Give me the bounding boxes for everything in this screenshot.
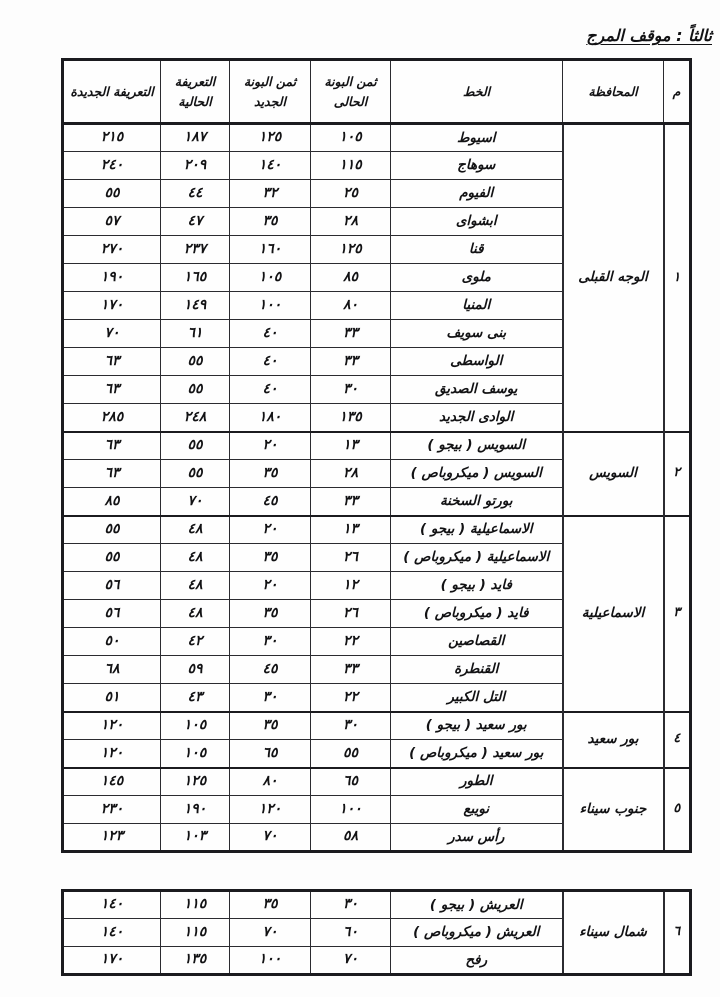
table-row: ٥جنوب سيناءالطور٦٥٨٠١٢٥١٤٥ [63,768,691,796]
cell-coupon-current: ٢٥ [311,180,391,208]
cell-coupon-new: ٢٠ [230,572,311,600]
cell-tariff-current: ٥٥ [161,348,230,376]
table-row: ٤بور سعيدبور سعيد ( بيجو )٣٠٣٥١٠٥١٢٠ [63,712,691,740]
cell-coupon-new: ١٤٠ [230,152,311,180]
cell-coupon-current: ٣٠ [311,376,391,404]
cell-tariff-current: ١٣٥ [161,947,230,975]
cell-governorate: الوجه القبلى [563,124,664,432]
cell-section-number: ٣ [664,516,691,712]
cell-tariff-new: ١٩٠ [63,264,161,292]
cell-coupon-new: ١٠٥ [230,264,311,292]
header-row: مالمحافظةالخطثمن البونة الحالىثمن البونة… [63,60,691,124]
cell-tariff-current: ٤٨ [161,600,230,628]
cell-tariff-new: ٢٧٠ [63,236,161,264]
cell-tariff-current: ٢٤٨ [161,404,230,432]
cell-tariff-new: ١٢٠ [63,740,161,768]
cell-line: القنطرة [391,656,563,684]
cell-coupon-new: ٢٠ [230,432,311,460]
cell-tariff-new: ٧٠ [63,320,161,348]
cell-tariff-current: ٤٤ [161,180,230,208]
cell-governorate: شمال سيناء [563,891,664,975]
cell-line: ملوى [391,264,563,292]
cell-coupon-current: ٢٦ [311,544,391,572]
cell-tariff-current: ١٤٩ [161,292,230,320]
cell-coupon-current: ٢٢ [311,684,391,712]
cell-tariff-current: ٥٥ [161,432,230,460]
cell-coupon-current: ١٢ [311,572,391,600]
cell-coupon-current: ٣٣ [311,320,391,348]
cell-tariff-current: ٤٣ [161,684,230,712]
cell-coupon-current: ١٢٥ [311,236,391,264]
cell-tariff-current: ١٠٥ [161,740,230,768]
cell-coupon-new: ١٢٥ [230,124,311,152]
cell-tariff-new: ٥١ [63,684,161,712]
document-page: ثالثاً : موقف المرج مالمحافظةالخطثمن الب… [0,0,720,997]
cell-section-number: ٦ [664,891,691,975]
cell-line: العريش ( ميكروباص ) [391,919,563,947]
cell-line: سوهاج [391,152,563,180]
cell-coupon-current: ١٣ [311,432,391,460]
cell-coupon-new: ١٠٠ [230,947,311,975]
cell-line: نويبع [391,796,563,824]
cell-coupon-current: ٢٨ [311,208,391,236]
cell-tariff-current: ١٠٣ [161,824,230,852]
cell-coupon-current: ٣٠ [311,712,391,740]
cell-tariff-new: ٥٠ [63,628,161,656]
cell-coupon-current: ٣٣ [311,348,391,376]
cell-governorate: جنوب سيناء [563,768,664,852]
cell-tariff-current: ٥٥ [161,376,230,404]
cell-tariff-current: ١١٥ [161,891,230,919]
cell-coupon-new: ٤٥ [230,488,311,516]
cell-line: فايد ( ميكروباص ) [391,600,563,628]
table-row: ١الوجه القبلىاسيوط١٠٥١٢٥١٨٧٢١٥ [63,124,691,152]
cell-tariff-current: ١٩٠ [161,796,230,824]
cell-tariff-new: ١٢٠ [63,712,161,740]
cell-section-number: ٢ [664,432,691,516]
cell-coupon-current: ٧٠ [311,947,391,975]
cell-tariff-new: ١٧٠ [63,947,161,975]
cell-tariff-current: ٤٨ [161,516,230,544]
page-title: ثالثاً : موقف المرج [586,26,712,45]
cell-section-number: ٤ [664,712,691,768]
cell-line: بور سعيد ( ميكروباص ) [391,740,563,768]
cell-tariff-current: ٢٣٧ [161,236,230,264]
cell-coupon-current: ١٠٥ [311,124,391,152]
cell-tariff-new: ٢٣٠ [63,796,161,824]
cell-tariff-current: ١٦٥ [161,264,230,292]
cell-tariff-new: ٢٨٥ [63,404,161,432]
cell-tariff-new: ٥٦ [63,600,161,628]
cell-line: الفيوم [391,180,563,208]
cell-coupon-new: ٢٠ [230,516,311,544]
cell-coupon-new: ١٦٠ [230,236,311,264]
fares-table: مالمحافظةالخطثمن البونة الحالىثمن البونة… [61,58,692,853]
cell-tariff-current: ٤٢ [161,628,230,656]
cell-tariff-new: ٥٦ [63,572,161,600]
cell-coupon-new: ٦٥ [230,740,311,768]
cell-tariff-new: ١٢٣ [63,824,161,852]
cell-tariff-new: ٥٧ [63,208,161,236]
cell-line: رفح [391,947,563,975]
cell-coupon-new: ٣٠ [230,684,311,712]
fares-table-main: مالمحافظةالخطثمن البونة الحالىثمن البونة… [61,58,692,853]
cell-line: السويس ( بيجو ) [391,432,563,460]
column-header-tariff-current: التعريفة الحالية [161,60,230,124]
cell-tariff-new: ٥٥ [63,544,161,572]
column-header-coupon-current: ثمن البونة الحالى [311,60,391,124]
cell-tariff-new: ١٤٥ [63,768,161,796]
cell-coupon-new: ٤٠ [230,320,311,348]
cell-tariff-current: ٤٨ [161,572,230,600]
cell-tariff-current: ٥٥ [161,460,230,488]
cell-coupon-current: ٥٥ [311,740,391,768]
cell-line: الاسماعيلية ( ميكروباص ) [391,544,563,572]
cell-line: المنيا [391,292,563,320]
cell-governorate: بور سعيد [563,712,664,768]
cell-tariff-new: ٢٤٠ [63,152,161,180]
cell-coupon-current: ١٣ [311,516,391,544]
cell-coupon-new: ٤٠ [230,376,311,404]
cell-line: الاسماعيلية ( بيجو ) [391,516,563,544]
cell-section-number: ١ [664,124,691,432]
column-header-tariff-new: التعريفة الجديدة [63,60,161,124]
cell-tariff-current: ٦١ [161,320,230,348]
column-header-coupon-new: ثمن البونة الجديد [230,60,311,124]
cell-line: اسيوط [391,124,563,152]
cell-line: قنا [391,236,563,264]
cell-coupon-current: ١٠٠ [311,796,391,824]
cell-coupon-new: ٣٥ [230,460,311,488]
cell-coupon-current: ٥٨ [311,824,391,852]
cell-coupon-new: ٤٠ [230,348,311,376]
cell-tariff-new: ١٤٠ [63,919,161,947]
cell-tariff-new: ٦٨ [63,656,161,684]
cell-tariff-new: ١٧٠ [63,292,161,320]
cell-tariff-current: ٢٠٩ [161,152,230,180]
cell-coupon-new: ١٠٠ [230,292,311,320]
fares-table-north-sinai: ٦شمال سيناءالعريش ( بيجو )٣٠٣٥١١٥١٤٠العر… [61,889,692,976]
cell-governorate: السويس [563,432,664,516]
cell-coupon-current: ٦٠ [311,919,391,947]
cell-line: رأس سدر [391,824,563,852]
cell-coupon-new: ٤٥ [230,656,311,684]
cell-line: بنى سويف [391,320,563,348]
cell-tariff-current: ٤٧ [161,208,230,236]
cell-coupon-new: ٧٠ [230,824,311,852]
cell-line: العريش ( بيجو ) [391,891,563,919]
cell-line: بورتو السخنة [391,488,563,516]
cell-coupon-new: ٨٠ [230,768,311,796]
cell-tariff-current: ١١٥ [161,919,230,947]
cell-section-number: ٥ [664,768,691,852]
column-header-line: الخط [391,60,563,124]
cell-coupon-current: ٨٠ [311,292,391,320]
cell-governorate: الاسماعيلية [563,516,664,712]
cell-tariff-new: ٥٥ [63,180,161,208]
cell-tariff-new: ٦٣ [63,348,161,376]
cell-line: القصاصين [391,628,563,656]
fares-table: ٦شمال سيناءالعريش ( بيجو )٣٠٣٥١١٥١٤٠العر… [61,889,692,976]
cell-line: الطور [391,768,563,796]
cell-line: الواسطى [391,348,563,376]
cell-line: ابشواى [391,208,563,236]
cell-tariff-new: ١٤٠ [63,891,161,919]
cell-tariff-current: ٥٩ [161,656,230,684]
cell-tariff-current: ١٢٥ [161,768,230,796]
column-header-num: م [664,60,691,124]
cell-coupon-current: ٣٣ [311,656,391,684]
cell-coupon-current: ٣٠ [311,891,391,919]
cell-coupon-new: ٣٢ [230,180,311,208]
cell-coupon-new: ٣٥ [230,891,311,919]
cell-tariff-current: ١٨٧ [161,124,230,152]
cell-coupon-current: ٦٥ [311,768,391,796]
cell-coupon-new: ١٨٠ [230,404,311,432]
cell-tariff-current: ١٠٥ [161,712,230,740]
cell-coupon-current: ٨٥ [311,264,391,292]
cell-coupon-current: ٢٢ [311,628,391,656]
cell-coupon-current: ١١٥ [311,152,391,180]
cell-coupon-new: ١٢٠ [230,796,311,824]
cell-line: الوادى الجديد [391,404,563,432]
cell-tariff-new: ٢١٥ [63,124,161,152]
column-header-governorate: المحافظة [563,60,664,124]
cell-coupon-new: ٣٥ [230,712,311,740]
cell-line: فايد ( بيجو ) [391,572,563,600]
cell-coupon-new: ٣٠ [230,628,311,656]
cell-tariff-current: ٧٠ [161,488,230,516]
table-row: ٢السويسالسويس ( بيجو )١٣٢٠٥٥٦٣ [63,432,691,460]
cell-tariff-new: ٨٥ [63,488,161,516]
cell-coupon-current: ١٣٥ [311,404,391,432]
cell-tariff-new: ٦٣ [63,432,161,460]
cell-line: التل الكبير [391,684,563,712]
cell-tariff-new: ٦٣ [63,376,161,404]
cell-coupon-new: ٣٥ [230,208,311,236]
cell-coupon-new: ٣٥ [230,544,311,572]
cell-line: يوسف الصديق [391,376,563,404]
cell-line: بور سعيد ( بيجو ) [391,712,563,740]
cell-coupon-current: ٣٣ [311,488,391,516]
cell-coupon-current: ٢٦ [311,600,391,628]
cell-line: السويس ( ميكروباص ) [391,460,563,488]
cell-coupon-new: ٧٠ [230,919,311,947]
cell-coupon-new: ٣٥ [230,600,311,628]
table-row: ٣الاسماعيليةالاسماعيلية ( بيجو )١٣٢٠٤٨٥٥ [63,516,691,544]
table-row: ٦شمال سيناءالعريش ( بيجو )٣٠٣٥١١٥١٤٠ [63,891,691,919]
cell-tariff-current: ٤٨ [161,544,230,572]
cell-coupon-current: ٢٨ [311,460,391,488]
cell-tariff-new: ٥٥ [63,516,161,544]
cell-tariff-new: ٦٣ [63,460,161,488]
